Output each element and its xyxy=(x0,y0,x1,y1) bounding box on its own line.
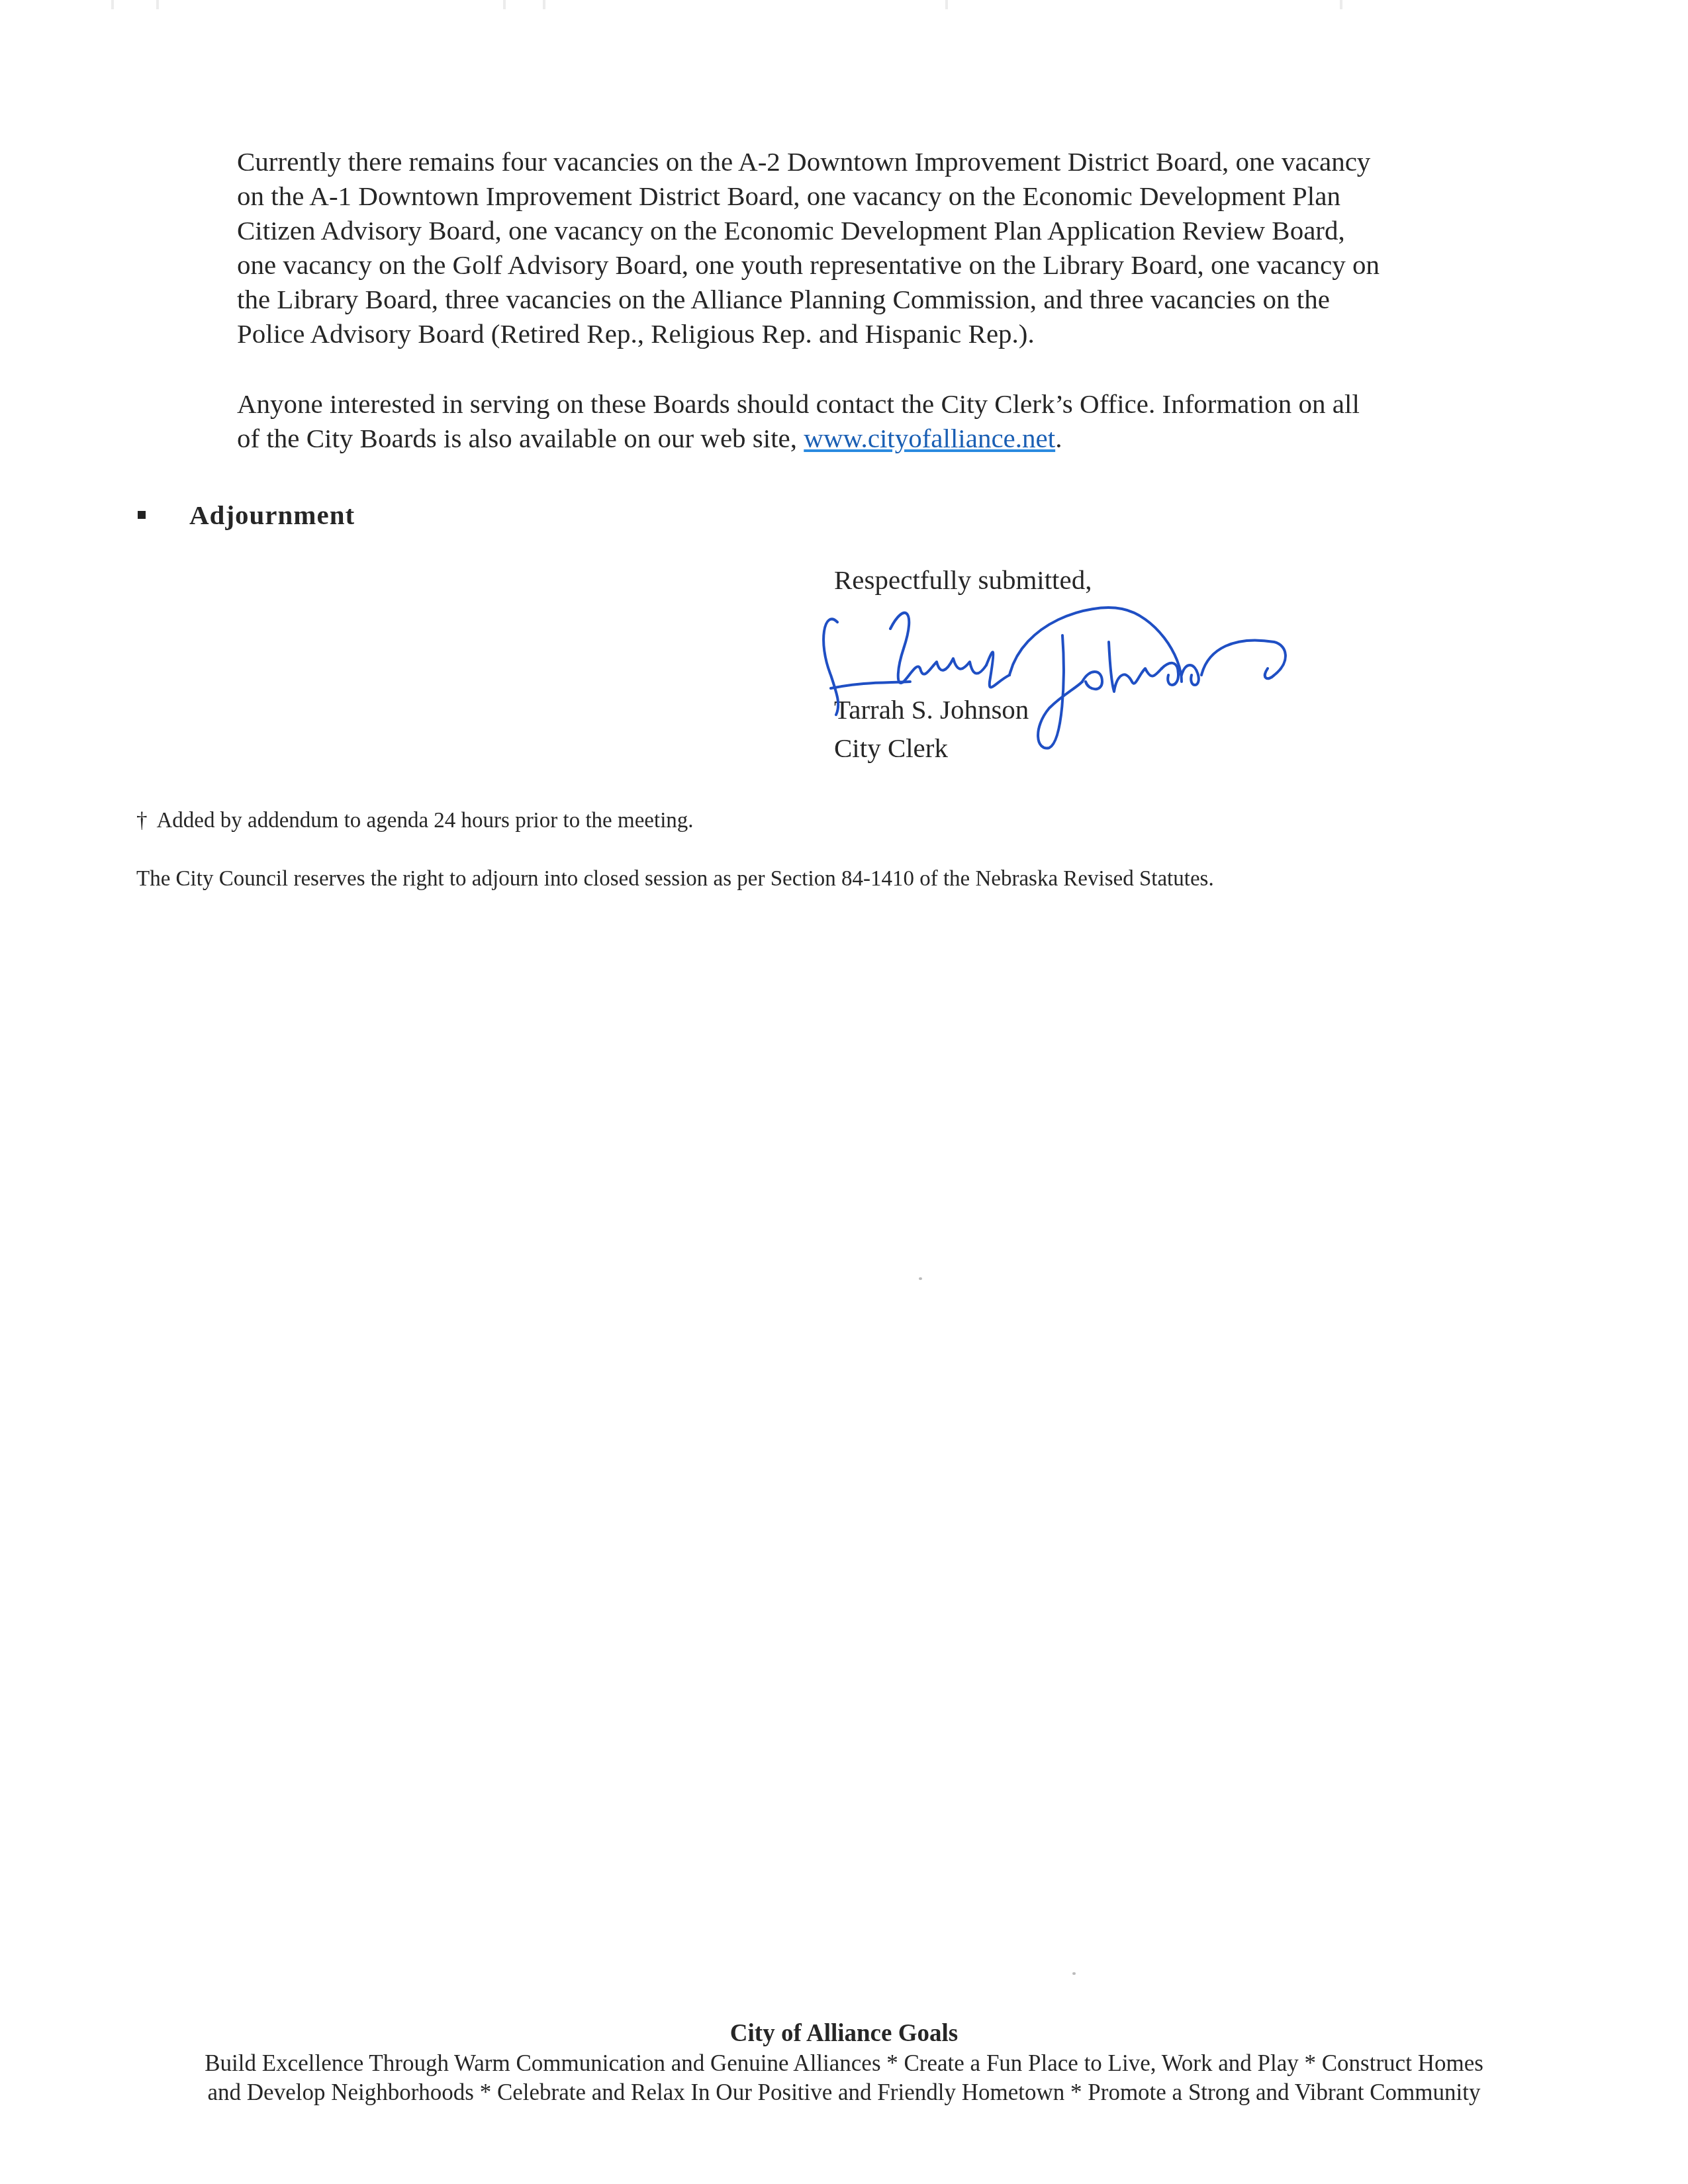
footnote-text: Added by addendum to agenda 24 hours pri… xyxy=(157,809,694,833)
vacancies-paragraph: Currently there remains four vacancies o… xyxy=(237,144,1548,351)
scan-artifact xyxy=(945,0,948,9)
document-page: Currently there remains four vacancies o… xyxy=(0,0,1688,2184)
paragraph-line: Anyone interested in serving on these Bo… xyxy=(237,387,1548,421)
scan-artifact xyxy=(111,0,114,9)
paragraph-line: of the City Boards is also available on … xyxy=(237,421,1548,455)
scan-artifact xyxy=(503,0,506,9)
agenda-item-label: Adjournment xyxy=(189,499,355,531)
website-link[interactable]: www.cityofalliance.net xyxy=(804,423,1055,453)
scan-artifact xyxy=(1072,1972,1076,1975)
dagger-symbol: † xyxy=(136,809,148,833)
closed-session-note: The City Council reserves the right to a… xyxy=(136,867,1214,891)
paragraph-line: on the A-1 Downtown Improvement District… xyxy=(237,179,1548,213)
square-bullet-icon xyxy=(138,511,146,519)
goals-title: City of Alliance Goals xyxy=(132,2019,1556,2049)
agenda-item-adjournment: Adjournment xyxy=(138,499,355,531)
paragraph-line: the Library Board, three vacancies on th… xyxy=(237,282,1548,316)
paragraph-line: Citizen Advisory Board, one vacancy on t… xyxy=(237,213,1548,248)
paragraph-text: . xyxy=(1055,423,1062,453)
paragraph-line: one vacancy on the Golf Advisory Board, … xyxy=(237,248,1548,282)
scan-artifact xyxy=(1340,0,1342,9)
scan-artifact xyxy=(919,1277,922,1280)
scan-artifact xyxy=(156,0,159,9)
scan-artifact xyxy=(543,0,545,9)
addendum-footnote: †Added by addendum to agenda 24 hours pr… xyxy=(136,809,694,833)
paragraph-text: of the City Boards is also available on … xyxy=(237,423,804,453)
goals-line: Build Excellence Through Warm Communicat… xyxy=(132,2049,1556,2078)
goals-line: and Develop Neighborhoods * Celebrate an… xyxy=(132,2078,1556,2107)
handwritten-signature-icon xyxy=(811,582,1301,754)
paragraph-line: Currently there remains four vacancies o… xyxy=(237,144,1548,179)
paragraph-line: Police Advisory Board (Retired Rep., Rel… xyxy=(237,316,1548,351)
goals-footer: City of Alliance Goals Build Excellence … xyxy=(132,2019,1556,2107)
contact-paragraph: Anyone interested in serving on these Bo… xyxy=(237,387,1548,455)
